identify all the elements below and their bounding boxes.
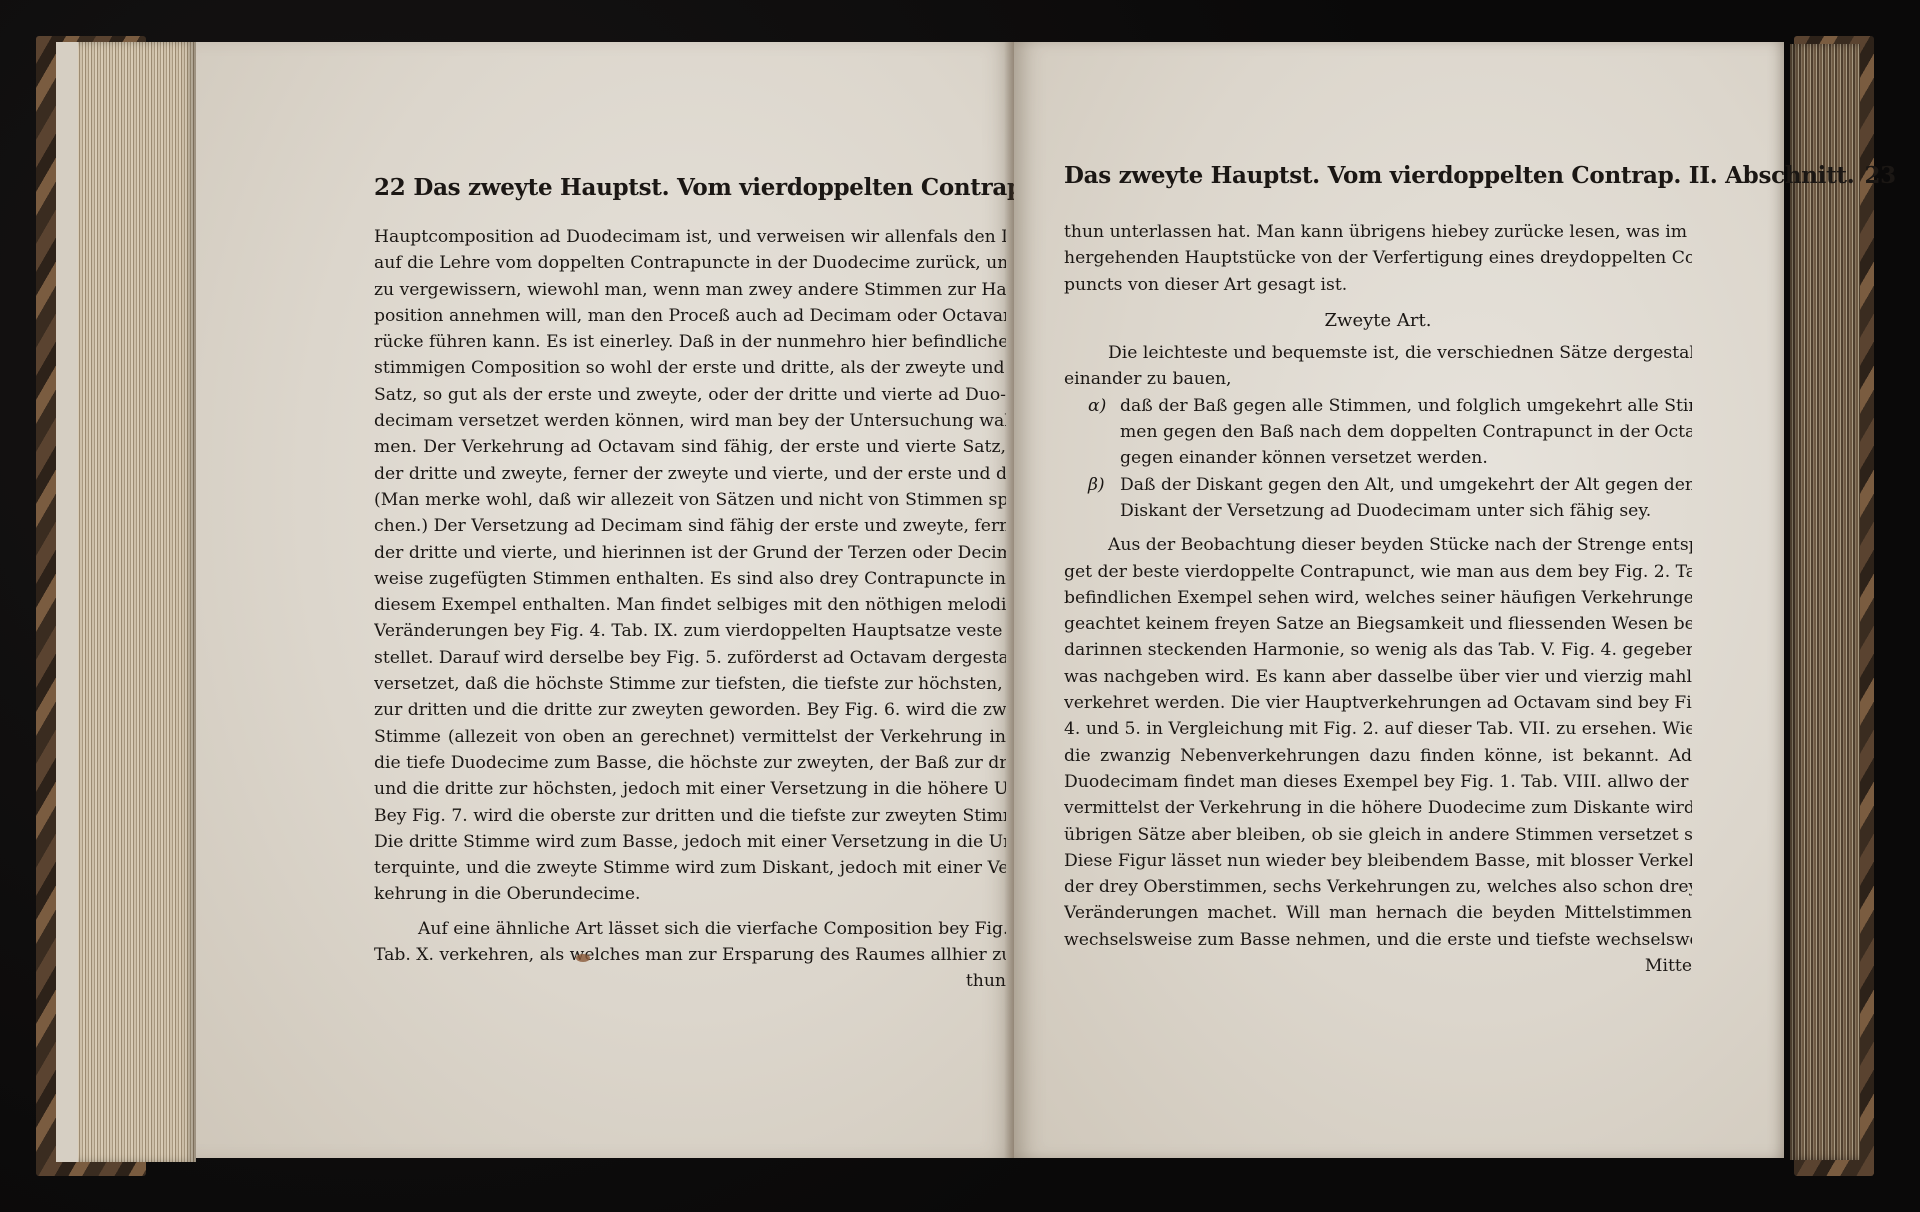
text-line: stellet. Darauf wird derselbe bey Fig. 5… [374, 645, 1006, 671]
catchword: Mitte [1064, 953, 1692, 979]
page-number: 23 [1864, 162, 1895, 189]
text-line: vermittelst der Verkehrung in die höhere… [1064, 795, 1692, 821]
body-text-right: thun unterlassen hat. Man kann übrigens … [1064, 219, 1692, 979]
text-line: zu vergewissern, wiewohl man, wenn man z… [374, 277, 1006, 303]
text-line: verkehret werden. Die vier Hauptverkehru… [1064, 690, 1692, 716]
text-line: geachtet keinem freyen Satze an Biegsamk… [1064, 611, 1692, 637]
text-line: puncts von dieser Art gesagt ist. [1064, 272, 1692, 298]
text-line: Die dritte Stimme wird zum Basse, jedoch… [374, 829, 1006, 855]
text-line: versetzet, daß die höchste Stimme zur ti… [374, 671, 1006, 697]
text-line: rücke führen kann. Es ist einerley. Daß … [374, 329, 1006, 355]
text-line: darinnen steckenden Harmonie, so wenig a… [1064, 637, 1692, 663]
text-line: stimmigen Composition so wohl der erste … [374, 355, 1006, 381]
text-line: decimam versetzet werden können, wird ma… [374, 408, 1006, 434]
paper-stain [576, 954, 590, 962]
list-item-beta: β) Daß der Diskant gegen den Alt, und um… [1064, 472, 1692, 525]
text-line: diesem Exempel enthalten. Man findet sel… [374, 592, 1006, 618]
text-line: befindlichen Exempel sehen wird, welches… [1064, 585, 1692, 611]
text-line: hergehenden Hauptstücke von der Verferti… [1064, 245, 1692, 271]
text-line: der dritte und vierte, und hierinnen ist… [374, 540, 1006, 566]
text-line: die zwanzig Nebenverkehrungen dazu finde… [1064, 743, 1692, 769]
text-line: der drey Oberstimmen, sechs Verkehrungen… [1064, 874, 1692, 900]
text-line: und die dritte zur höchsten, jedoch mit … [374, 776, 1006, 802]
catchword: thun [374, 968, 1006, 994]
text-line: Veränderungen machet. Will man hernach d… [1064, 900, 1692, 926]
text-line: gegen einander können versetzet werden. [1120, 445, 1692, 471]
page-block-right [1790, 44, 1860, 1160]
text-line: terquinte, und die zweyte Stimme wird zu… [374, 855, 1006, 881]
page-number: 22 [374, 174, 405, 201]
text-line: Satz, so gut als der erste und zweyte, o… [374, 382, 1006, 408]
text-line: die tiefe Duodecime zum Basse, die höchs… [374, 750, 1006, 776]
text-line: 4. und 5. in Vergleichung mit Fig. 2. au… [1064, 716, 1692, 742]
text-line: Veränderungen bey Fig. 4. Tab. IX. zum v… [374, 618, 1006, 644]
text-line: was nachgeben wird. Es kann aber dasselb… [1064, 664, 1692, 690]
text-line: kehrung in die Oberundecime. [374, 881, 1006, 907]
text-line: Diese Figur lässet nun wieder bey bleibe… [1064, 848, 1692, 874]
text-line: get der beste vierdoppelte Contrapunct, … [1064, 559, 1692, 585]
running-head-text: Das zweyte Hauptst. Vom vierdoppelten Co… [1064, 162, 1854, 189]
text-line: weise zugefügten Stimmen enthalten. Es s… [374, 566, 1006, 592]
text-line: Stimme (allezeit von oben an gerechnet) … [374, 724, 1006, 750]
text-line: daß der Baß gegen alle Stimmen, und folg… [1120, 393, 1692, 419]
text-line: einander zu bauen, [1064, 366, 1692, 392]
text-line: Aus der Beobachtung dieser beyden Stücke… [1064, 532, 1692, 558]
text-line: wechselsweise zum Basse nehmen, und die … [1064, 927, 1692, 953]
section-heading: Zweyte Art. [1064, 308, 1692, 334]
page-block-left [56, 42, 196, 1162]
right-page: Das zweyte Hauptst. Vom vierdoppelten Co… [1014, 42, 1784, 1158]
text-line: Daß der Diskant gegen den Alt, und umgek… [1120, 472, 1692, 498]
text-line: (Man merke wohl, daß wir allezeit von Sä… [374, 487, 1006, 513]
left-page: 22Das zweyte Hauptst. Vom vierdoppelten … [196, 42, 1014, 1158]
text-line: position annehmen will, man den Proceß a… [374, 303, 1006, 329]
text-line: men gegen den Baß nach dem doppelten Con… [1120, 419, 1692, 445]
text-line: thun unterlassen hat. Man kann übrigens … [1064, 219, 1692, 245]
open-book: 22Das zweyte Hauptst. Vom vierdoppelten … [36, 36, 1874, 1176]
text-line: chen.) Der Versetzung ad Decimam sind fä… [374, 513, 1006, 539]
text-line: Bey Fig. 7. wird die oberste zur dritten… [374, 803, 1006, 829]
list-item-alpha: α) daß der Baß gegen alle Stimmen, und f… [1064, 393, 1692, 472]
list-marker: β) [1088, 472, 1105, 498]
text-line: Duodecimam findet man dieses Exempel bey… [1064, 769, 1692, 795]
flyleaf [56, 42, 78, 1162]
text-line: zur dritten und die dritte zur zweyten g… [374, 697, 1006, 723]
body-text-left: Hauptcomposition ad Duodecimam ist, und … [374, 224, 1006, 995]
text-line: Die leichteste und bequemste ist, die ve… [1064, 340, 1692, 366]
text-line: übrigen Sätze aber bleiben, ob sie gleic… [1064, 822, 1692, 848]
text-line: Diskant der Versetzung ad Duodecimam unt… [1120, 498, 1692, 524]
text-line: men. Der Verkehrung ad Octavam sind fähi… [374, 434, 1006, 460]
text-line: der dritte und zweyte, ferner der zweyte… [374, 461, 1006, 487]
text-line: Tab. X. verkehren, als welches man zur E… [374, 942, 1006, 968]
text-line: auf die Lehre vom doppelten Contrapuncte… [374, 250, 1006, 276]
text-line: Hauptcomposition ad Duodecimam ist, und … [374, 224, 1006, 250]
text-line: Auf eine ähnliche Art lässet sich die vi… [374, 916, 1006, 942]
running-head-right: Das zweyte Hauptst. Vom vierdoppelten Co… [1064, 164, 1896, 187]
list-marker: α) [1088, 393, 1106, 419]
